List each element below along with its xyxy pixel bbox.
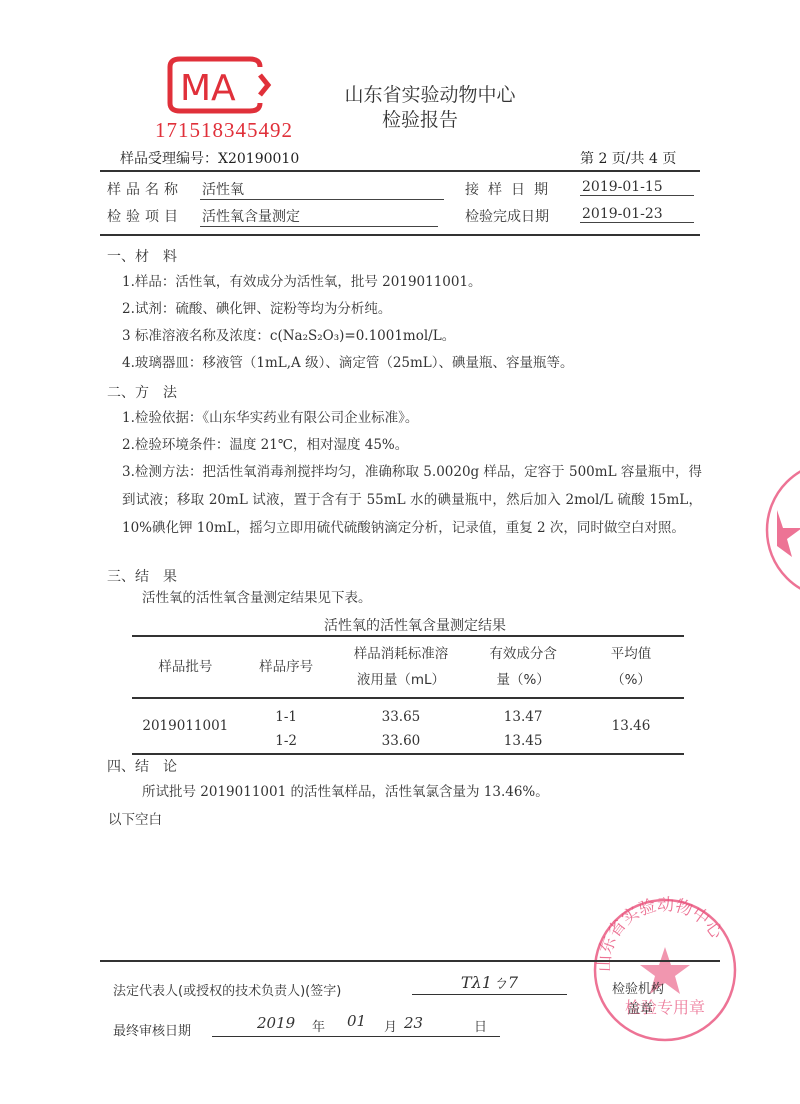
volume-cell: 33.60 <box>334 729 469 754</box>
sample-name-label: 样品名称 <box>107 179 183 199</box>
content-cell: 13.47 <box>468 698 578 729</box>
section-conclusion-heading: 四、结 论 <box>107 756 177 776</box>
batch-cell: 2019011001 <box>132 698 239 754</box>
materials-item: 4.玻璃器皿：移液管（1mL,A 级）、滴定管（25mL）、碘量瓶、容量瓶等。 <box>122 349 574 378</box>
page-indicator: 第 2 页/共 4 页 <box>580 148 676 168</box>
section-method-heading: 二、方 法 <box>107 382 177 402</box>
accept-number-label: 样品受理编号： <box>120 151 218 167</box>
test-item-value: 活性氧含量测定 <box>200 206 438 227</box>
materials-item: 3 标准溶液名称及浓度：c(Na₂S₂O₃)=0.1001mol/L。 <box>122 322 455 351</box>
review-date-label: 最终审核日期 <box>113 1020 191 1039</box>
organization-name: 山东省实验动物中心 <box>0 80 800 107</box>
sample-name-value: 活性氧 <box>200 179 444 200</box>
seq-cell: 1-1 <box>239 698 334 729</box>
review-day: 23 <box>404 1014 423 1032</box>
section-results-heading: 三、结 果 <box>107 566 177 586</box>
year-char: 年 <box>312 1016 325 1035</box>
materials-item: 1.样品：活性氧，有效成分为活性氧，批号 2019011001。 <box>122 268 482 297</box>
receive-date-value: 2019-01-15 <box>580 179 694 196</box>
volume-cell: 33.65 <box>334 698 469 729</box>
column-header: 样品批号 <box>132 636 239 698</box>
seq-cell: 1-2 <box>239 729 334 754</box>
header-divider <box>100 170 700 172</box>
materials-item: 2.试剂：硫酸、碘化钾、淀粉等均为分析纯。 <box>122 295 391 324</box>
inspection-seal: 山东省实验动物中心 检验专用章 <box>590 895 740 1045</box>
meta-divider <box>100 234 700 236</box>
day-char: 日 <box>474 1016 487 1035</box>
signer-label: 法定代表人(或授权的技术负责人)(签字) <box>113 980 341 999</box>
table-row: 2019011001 1-1 33.65 13.47 13.46 <box>132 698 684 729</box>
side-seal-fragment <box>755 455 800 605</box>
column-header: 平均值（%） <box>578 636 684 698</box>
month-char: 月 <box>384 1016 397 1035</box>
column-header: 样品序号 <box>239 636 334 698</box>
signature-field: Tλ1ㄅ7 <box>412 970 567 995</box>
complete-date-label: 检验完成日期 <box>465 206 549 226</box>
review-year: 2019 <box>257 1014 295 1032</box>
content-cell: 13.45 <box>468 729 578 754</box>
blank-note: 以下空白 <box>108 806 162 835</box>
test-item-label: 检验项目 <box>107 206 183 226</box>
seal-label-1: 检验机构 <box>612 978 664 997</box>
seal-label-2: 盖章 <box>627 998 653 1017</box>
review-date-field: 2019 年 01 月 23 日 <box>212 1012 500 1037</box>
receive-date-label: 接样日期 <box>465 179 557 199</box>
table-header-row: 样品批号 样品序号 样品消耗标准溶液用量（mL） 有效成分含量（%） 平均值（%… <box>132 636 684 698</box>
accept-number: 样品受理编号：X20190010 <box>120 148 299 168</box>
results-intro: 活性氧的活性氧含量测定结果见下表。 <box>142 584 372 613</box>
report-title: 检验报告 <box>0 105 800 132</box>
column-header: 样品消耗标准溶液用量（mL） <box>334 636 469 698</box>
complete-date-value: 2019-01-23 <box>580 206 694 223</box>
conclusion-text: 所试批号 2019011001 的活性氧样品，活性氧氯含量为 13.46%。 <box>142 778 549 807</box>
accept-number-value: X20190010 <box>218 151 299 167</box>
results-table: 样品批号 样品序号 样品消耗标准溶液用量（mL） 有效成分含量（%） 平均值（%… <box>132 635 684 755</box>
method-item: 1.检验依据：《山东华实药业有限公司企业标准》。 <box>122 404 418 433</box>
method-item: 3.检测方法：把活性氧消毒剂搅拌均匀，准确称取 5.0020g 样品，定容于 5… <box>122 458 702 542</box>
review-month: 01 <box>347 1012 366 1030</box>
average-cell: 13.46 <box>578 698 684 754</box>
method-item: 2.检验环境条件：温度 21℃，相对湿度 45%。 <box>122 431 408 460</box>
column-header: 有效成分含量（%） <box>468 636 578 698</box>
footer-divider <box>100 960 720 962</box>
section-materials-heading: 一、材 料 <box>107 246 177 266</box>
results-table-title: 活性氧的活性氧含量测定结果 <box>0 615 800 635</box>
